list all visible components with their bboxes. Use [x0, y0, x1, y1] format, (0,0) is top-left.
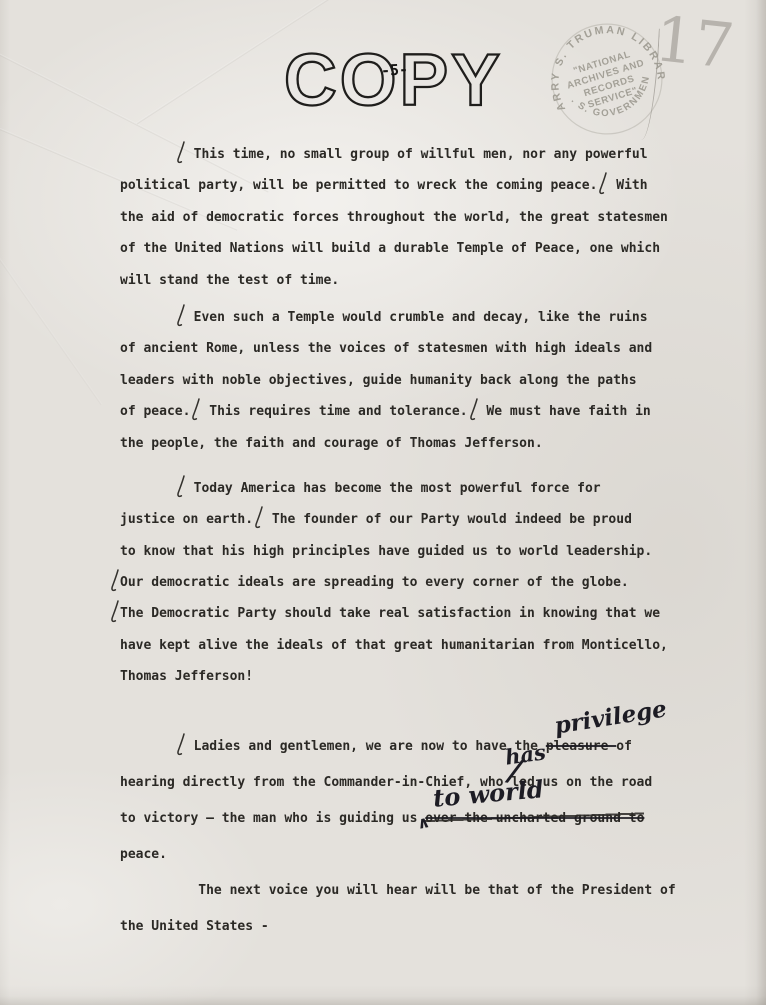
typed-line: political party, will be permitted to wr… — [120, 170, 720, 201]
text-segment: of the United Nations will build a durab… — [120, 241, 660, 256]
ink-mark-over-copy: -5- — [381, 62, 409, 78]
typed-line: of the United Nations will build a durab… — [120, 233, 720, 264]
text-segment — [120, 481, 175, 496]
editorial-slash-mark — [190, 398, 201, 422]
typed-line: of peace. This requires time and toleran… — [120, 396, 720, 427]
strikethrough-text: over the uncharted ground to — [425, 811, 644, 826]
insertion-caret: ∧ — [416, 814, 432, 832]
copy-title: COPY — [284, 44, 503, 117]
typed-line: to know that his high principles have gu… — [120, 536, 720, 567]
typed-line: The next voice you will hear will be tha… — [120, 873, 720, 909]
text-segment: This time, no small group of willful men… — [186, 147, 648, 162]
editorial-slash-mark — [109, 600, 120, 624]
pencil-page-number: 17 — [652, 8, 737, 78]
editorial-slash-mark — [175, 475, 186, 499]
text-segment: Even such a Temple would crumble and dec… — [186, 310, 648, 325]
typed-line: The Democratic Party should take real sa… — [120, 598, 720, 629]
text-segment: Thomas Jefferson! — [120, 669, 253, 684]
text-segment: to know that his high principles have gu… — [120, 544, 652, 559]
text-segment — [120, 739, 175, 754]
text-segment: Ladies and gentlemen, we are now to have… — [186, 739, 546, 754]
typed-line: Today America has become the most powerf… — [120, 473, 720, 504]
editorial-slash-mark — [175, 141, 186, 165]
text-segment: to victory — the man who is guiding us — [120, 811, 425, 826]
text-segment: The Democratic Party should take real sa… — [120, 606, 660, 621]
typed-line: the people, the faith and courage of Tho… — [120, 428, 720, 459]
typed-line: of ancient Rome, unless the voices of st… — [120, 333, 720, 364]
typed-line: have kept alive the ideals of that great… — [120, 630, 720, 661]
paragraph: Even such a Temple would crumble and dec… — [120, 302, 720, 459]
text-segment: leaders with noble objectives, guide hum… — [120, 373, 637, 388]
typed-line: Our democratic ideals are spreading to e… — [120, 567, 720, 598]
text-segment: This requires time and tolerance. — [201, 404, 467, 419]
text-segment: justice on earth. — [120, 512, 253, 527]
text-segment: will stand the test of time. — [120, 273, 339, 288]
editorial-slash-mark — [175, 304, 186, 328]
typed-line: Even such a Temple would crumble and dec… — [120, 302, 720, 333]
typed-line: This time, no small group of willful men… — [120, 139, 720, 170]
editorial-slash-mark — [109, 569, 120, 593]
text-segment — [120, 310, 175, 325]
text-segment — [120, 147, 175, 162]
text-segment: political party, will be permitted to wr… — [120, 178, 597, 193]
paragraph: This time, no small group of willful men… — [120, 139, 720, 296]
typed-line: leaders with noble objectives, guide hum… — [120, 365, 720, 396]
typed-line: Ladies and gentlemen, we are now to have… — [120, 729, 720, 765]
text-segment: have kept alive the ideals of that great… — [120, 638, 668, 653]
text-segment: the aid of democratic forces throughout … — [120, 210, 668, 225]
paragraph: Ladies and gentlemen, we are now to have… — [120, 729, 720, 873]
text-segment: The next voice you will hear will be tha… — [120, 883, 676, 898]
typed-line: Thomas Jefferson! — [120, 661, 720, 692]
text-segment: We must have faith in — [479, 404, 651, 419]
text-segment: the people, the faith and courage of Tho… — [120, 436, 543, 451]
text-segment: The founder of our Party would indeed be… — [264, 512, 632, 527]
text-segment: Today America has become the most powerf… — [186, 481, 601, 496]
typed-line: justice on earth. The founder of our Par… — [120, 504, 720, 535]
strikethrough-text: pleasure — [546, 739, 616, 754]
scanned-document-page: COPY HARRY S. TRUMAN LIBRARY U. S. GOVER… — [0, 0, 766, 1005]
editorial-slash-mark — [468, 398, 479, 422]
text-segment: of — [616, 739, 632, 754]
typed-line: the United States - — [120, 909, 720, 945]
text-segment: hearing directly from the Commander-in-C… — [120, 775, 652, 790]
text-segment: the United States - — [120, 919, 269, 934]
typed-line: hearing directly from the Commander-in-C… — [120, 765, 720, 801]
text-segment: With — [608, 178, 647, 193]
paragraph: Today America has become the most powerf… — [120, 473, 720, 693]
text-segment: peace. — [120, 847, 167, 862]
paragraph: The next voice you will hear will be tha… — [120, 873, 720, 945]
typed-line: peace. — [120, 837, 720, 873]
text-segment: of ancient Rome, unless the voices of st… — [120, 341, 652, 356]
text-segment: of peace. — [120, 404, 190, 419]
editorial-slash-mark — [175, 733, 186, 757]
editorial-slash-mark — [597, 172, 608, 196]
text-segment: Our democratic ideals are spreading to e… — [120, 575, 629, 590]
editorial-slash-mark — [253, 506, 264, 530]
typed-line: the aid of democratic forces throughout … — [120, 202, 720, 233]
crease-line — [0, 257, 102, 406]
typed-line: will stand the test of time. — [120, 265, 720, 296]
